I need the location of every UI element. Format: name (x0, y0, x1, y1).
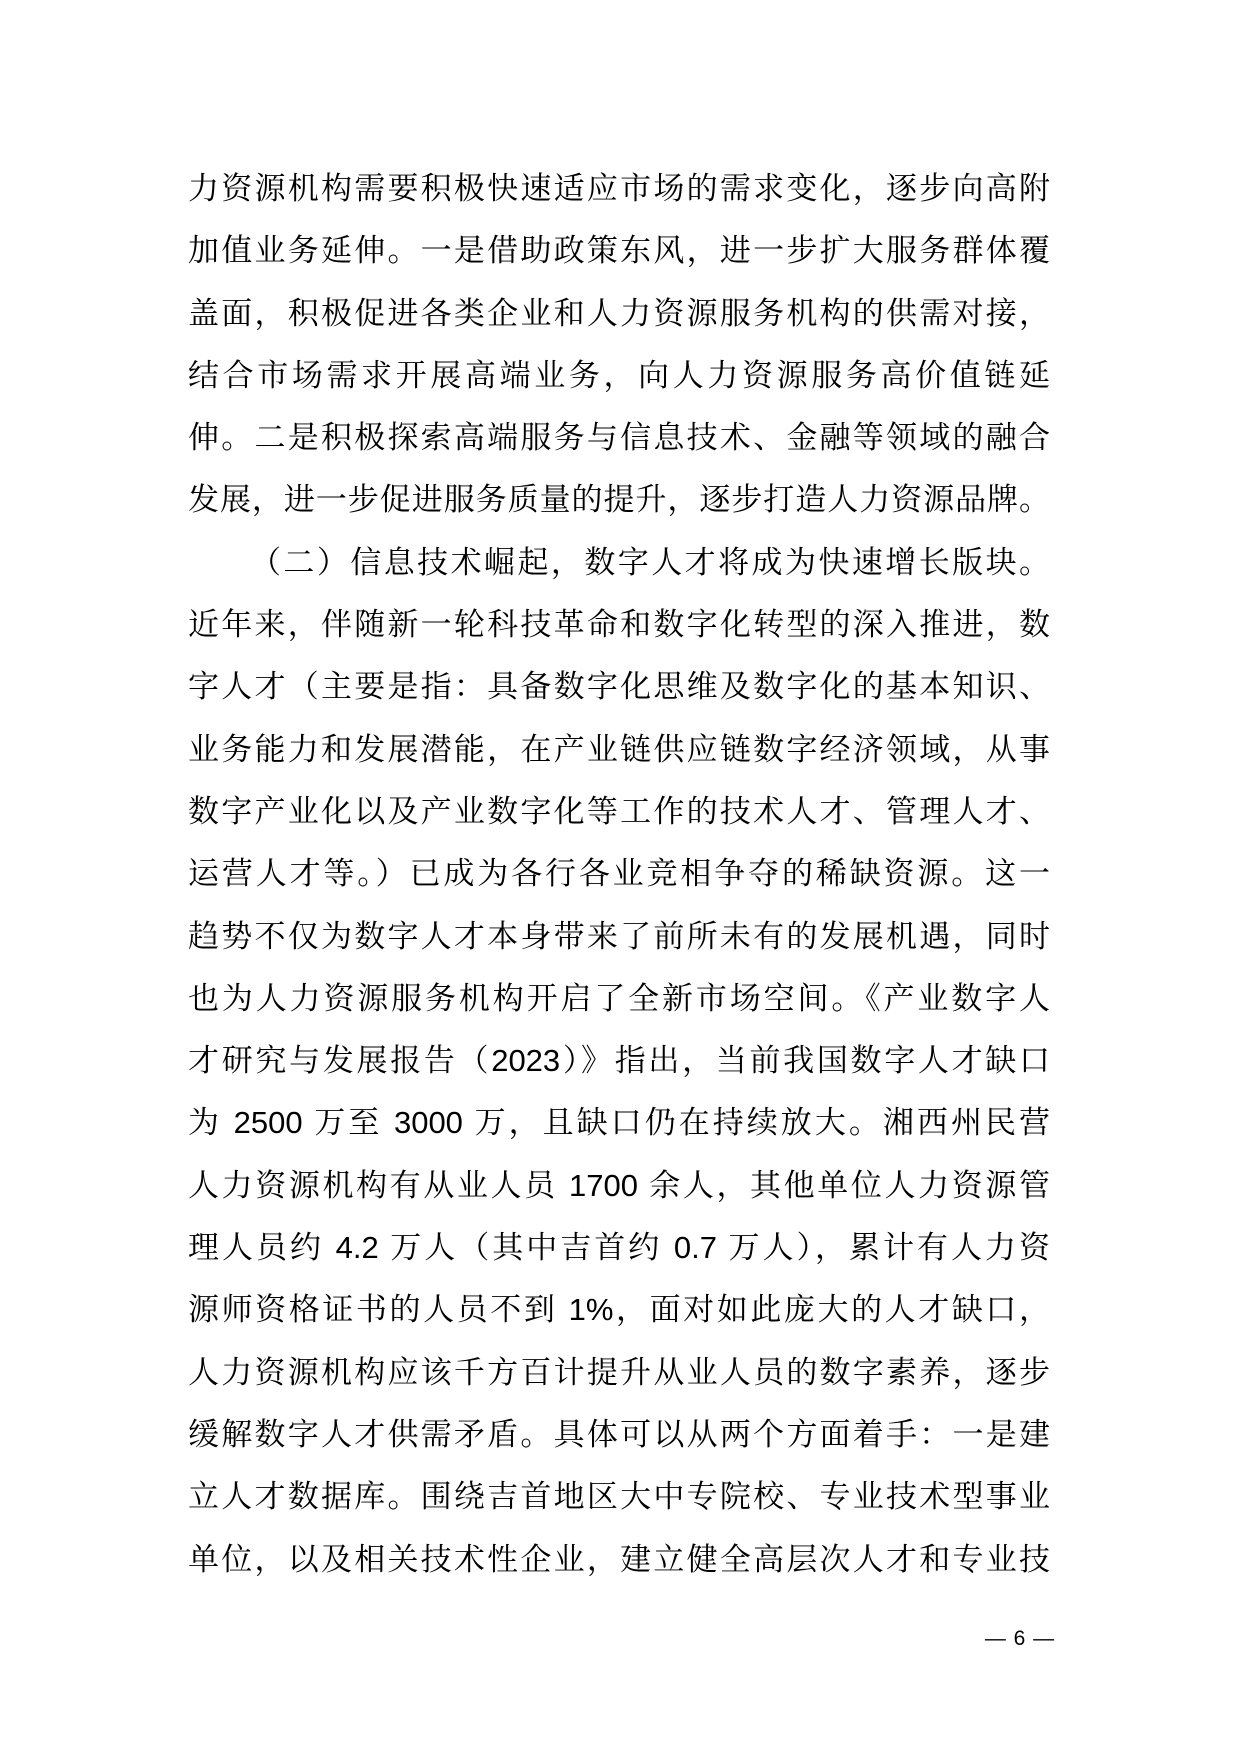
text-line: 业务能力和发展潜能，在产业链供应链数字经济领域，从事 (188, 719, 1050, 781)
text-line: 发展，进一步促进服务质量的提升，逐步打造人力资源品牌。 (188, 469, 1050, 531)
text-line: 加值业务延伸。一是借助政策东风，进一步扩大服务群体覆 (188, 220, 1050, 282)
text-line: 结合市场需求开展高端业务，向人力资源服务高价值链延 (188, 345, 1050, 407)
text-line: 缓解数字人才供需矛盾。具体可以从两个方面着手：一是建 (188, 1404, 1050, 1466)
text-line: 盖面，积极促进各类企业和人力资源服务机构的供需对接， (188, 283, 1050, 345)
text-line: 力资源机构需要积极快速适应市场的需求变化，逐步向高附 (188, 158, 1050, 220)
page-footer: — 6 — (955, 1624, 1085, 1654)
text-line: （二）信息技术崛起，数字人才将成为快速增长版块。 (188, 532, 1050, 594)
text-line: 人力资源机构应该千方百计提升从业人员的数字素养，逐步 (188, 1342, 1050, 1404)
text-line: 数字产业化以及产业数字化等工作的技术人才、管理人才、 (188, 781, 1050, 843)
text-line: 立人才数据库。围绕吉首地区大中专院校、专业技术型事业 (188, 1466, 1050, 1528)
text-line: 也为人力资源服务机构开启了全新市场空间。《产业数字人 (188, 968, 1050, 1030)
text-line: 才研究与发展报告（2023）》指出，当前我国数字人才缺口 (188, 1030, 1050, 1092)
text-line: 源师资格证书的人员不到 1%，面对如此庞大的人才缺口， (188, 1279, 1050, 1341)
page-number: — 6 — (985, 1627, 1055, 1650)
text-line: 人力资源机构有从业人员 1700 余人，其他单位人力资源管 (188, 1155, 1050, 1217)
text-line: 单位，以及相关技术性企业，建立健全高层次人才和专业技 (188, 1529, 1050, 1591)
text-line: 趋势不仅为数字人才本身带来了前所未有的发展机遇，同时 (188, 906, 1050, 968)
document-page: 力资源机构需要积极快速适应市场的需求变化，逐步向高附加值业务延伸。一是借助政策东… (0, 0, 1240, 1753)
text-line: 为 2500 万至 3000 万，且缺口仍在持续放大。湘西州民营 (188, 1092, 1050, 1154)
text-line: 理人员约 4.2 万人（其中吉首约 0.7 万人），累计有人力资 (188, 1217, 1050, 1279)
text-line: 字人才（主要是指：具备数字化思维及数字化的基本知识、 (188, 656, 1050, 718)
text-line: 伸。二是积极探索高端服务与信息技术、金融等领域的融合 (188, 407, 1050, 469)
text-line: 运营人才等。）已成为各行各业竞相争夺的稀缺资源。这一 (188, 843, 1050, 905)
text-line: 近年来，伴随新一轮科技革命和数字化转型的深入推进，数 (188, 594, 1050, 656)
document-body: 力资源机构需要积极快速适应市场的需求变化，逐步向高附加值业务延伸。一是借助政策东… (188, 158, 1050, 1591)
